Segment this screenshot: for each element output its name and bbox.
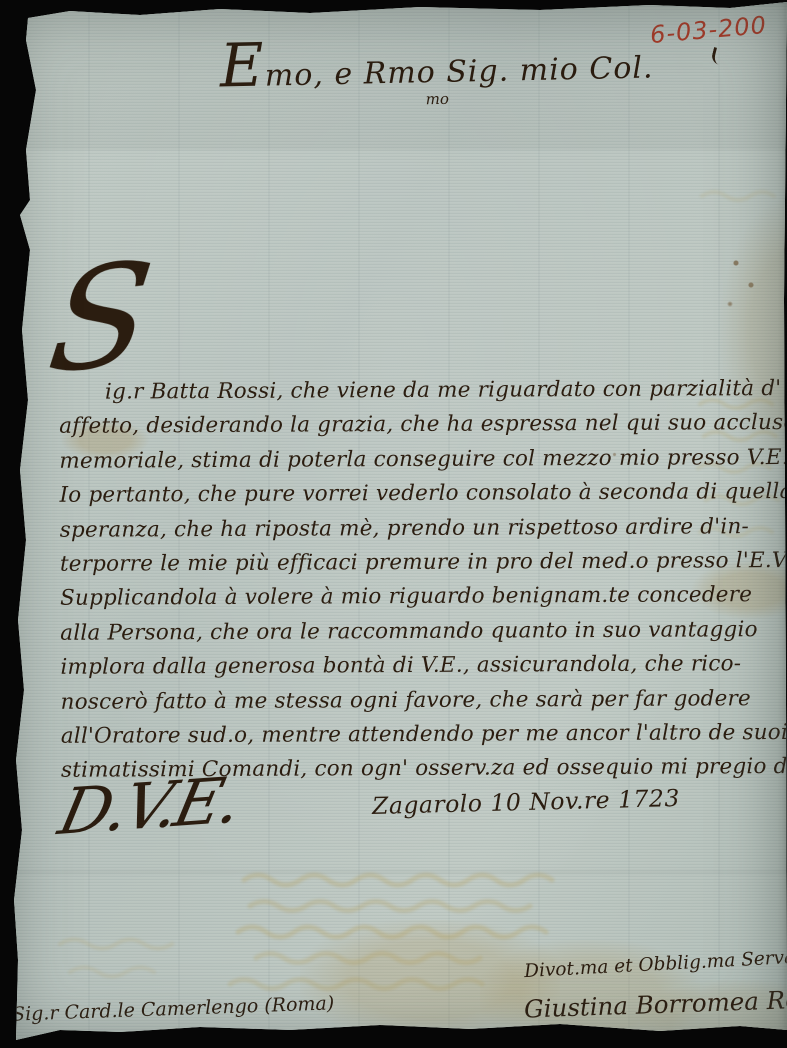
dateline: Zagarolo 10 Nov.re 1723	[372, 784, 681, 820]
body-line: Supplicandola à volere à mio riguardo be…	[60, 579, 750, 617]
body-line: ig.r Batta Rossi, che viene da me riguar…	[59, 372, 749, 410]
body-line: memoriale, stima di poterla conseguire c…	[59, 441, 749, 479]
salutation-superscript: mo	[425, 90, 449, 108]
scanned-letter: 6-03-200 Emo, e Rmo Sig. mio Col.mo S ig…	[0, 0, 787, 1048]
letter-body: ig.r Batta Rossi, che viene da me riguar…	[59, 372, 751, 788]
body-line: alla Persona, che ora le raccommando qua…	[60, 613, 750, 651]
body-line: affetto, desiderando la grazia, che ha e…	[59, 407, 749, 445]
body-line: noscerò fatto à me stessa ogni favore, c…	[61, 682, 751, 720]
ink-mark	[710, 47, 724, 65]
signature-formula: Divot.ma et Obblig.ma Serva è Par.te	[524, 943, 787, 982]
body-line: all'Oratore sud.o, mentre attendendo per…	[61, 716, 751, 754]
address-note: Sig.r Card.le Camerlengo (Roma)	[12, 992, 335, 1025]
decorative-initial: S	[42, 243, 159, 396]
signature-name: Giustina Borromea Rospigliosi	[524, 981, 787, 1023]
salutation-text: Emo, e Rmo Sig. mio Col.	[219, 39, 653, 94]
body-line: speranza, che ha riposta mè, prendo un r…	[60, 510, 750, 548]
body-line: implora dalla generosa bontà di V.E., as…	[60, 647, 750, 685]
body-line: Io pertanto, che pure vorrei vederlo con…	[59, 475, 749, 513]
archival-number: 6-03-200	[649, 11, 768, 49]
salutation: Emo, e Rmo Sig. mio Col.mo	[211, 39, 663, 130]
body-line: terporre le mie più efficaci premure in …	[60, 544, 750, 582]
closing-flourish: D.V.E.	[52, 764, 245, 850]
paper-sheet: 6-03-200 Emo, e Rmo Sig. mio Col.mo S ig…	[0, 0, 787, 1048]
